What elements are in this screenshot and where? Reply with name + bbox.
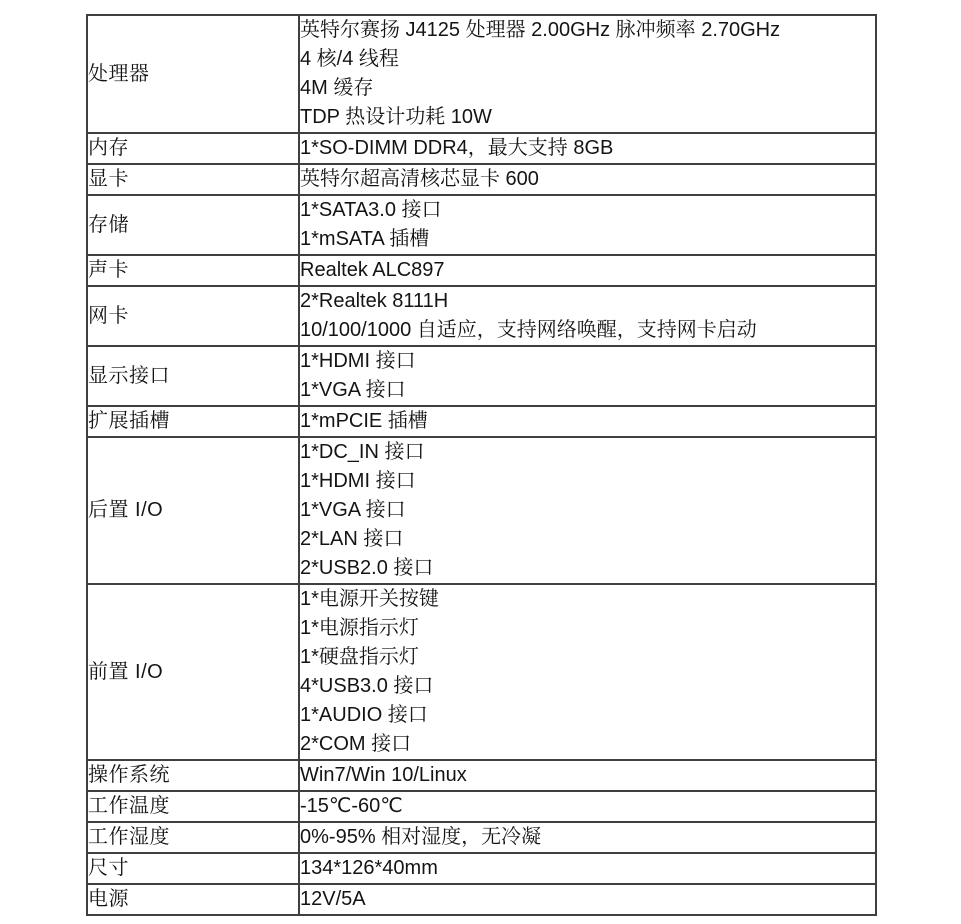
spec-label-cell: 声卡 bbox=[87, 255, 299, 286]
spec-value-line: 4 核/4 线程 bbox=[300, 45, 875, 74]
table-row: 内存 1*SO-DIMM DDR4，最大支持 8GB bbox=[87, 133, 876, 164]
spec-label-cell: 扩展插槽 bbox=[87, 406, 299, 437]
spec-value-line: 2*LAN 接口 bbox=[300, 525, 875, 554]
spec-label-cell: 工作湿度 bbox=[87, 822, 299, 853]
spec-value-cell: 英特尔赛扬 J4125 处理器 2.00GHz 脉冲频率 2.70GHz4 核/… bbox=[299, 15, 876, 133]
spec-label: 尺寸 bbox=[88, 854, 298, 883]
spec-label: 存储 bbox=[88, 211, 298, 240]
spec-label: 操作系统 bbox=[88, 761, 298, 790]
spec-label: 显卡 bbox=[88, 165, 298, 194]
spec-table-body: 处理器 英特尔赛扬 J4125 处理器 2.00GHz 脉冲频率 2.70GHz… bbox=[87, 15, 876, 915]
spec-value-line: 英特尔赛扬 J4125 处理器 2.00GHz 脉冲频率 2.70GHz bbox=[300, 16, 875, 45]
spec-label: 网卡 bbox=[88, 302, 298, 331]
spec-label-cell: 显卡 bbox=[87, 164, 299, 195]
table-row: 显卡 英特尔超高清核芯显卡 600 bbox=[87, 164, 876, 195]
spec-value-line: Win7/Win 10/Linux bbox=[300, 761, 875, 790]
table-row: 处理器 英特尔赛扬 J4125 处理器 2.00GHz 脉冲频率 2.70GHz… bbox=[87, 15, 876, 133]
spec-label-cell: 内存 bbox=[87, 133, 299, 164]
spec-value-line: -15℃-60℃ bbox=[300, 792, 875, 821]
spec-label-cell: 工作温度 bbox=[87, 791, 299, 822]
spec-value-line: 134*126*40mm bbox=[300, 854, 875, 883]
spec-value-line: 1*电源开关按键 bbox=[300, 585, 875, 614]
spec-value-cell: Win7/Win 10/Linux bbox=[299, 760, 876, 791]
spec-value-line: 4*USB3.0 接口 bbox=[300, 672, 875, 701]
spec-label: 内存 bbox=[88, 134, 298, 163]
spec-label: 后置 I/O bbox=[88, 496, 298, 525]
spec-label-cell: 显示接口 bbox=[87, 346, 299, 406]
spec-value-cell: 12V/5A bbox=[299, 884, 876, 915]
spec-value-line: 1*SATA3.0 接口 bbox=[300, 196, 875, 225]
spec-label-cell: 处理器 bbox=[87, 15, 299, 133]
spec-value-line: 1*AUDIO 接口 bbox=[300, 701, 875, 730]
table-row: 存储 1*SATA3.0 接口1*mSATA 插槽 bbox=[87, 195, 876, 255]
spec-label: 工作温度 bbox=[88, 792, 298, 821]
spec-value-line: 1*SO-DIMM DDR4，最大支持 8GB bbox=[300, 134, 875, 163]
spec-label-cell: 操作系统 bbox=[87, 760, 299, 791]
spec-value-cell: -15℃-60℃ bbox=[299, 791, 876, 822]
spec-value-line: 4M 缓存 bbox=[300, 74, 875, 103]
spec-value-cell: 1*mPCIE 插槽 bbox=[299, 406, 876, 437]
spec-value-line: 2*USB2.0 接口 bbox=[300, 554, 875, 583]
spec-value-cell: 1*HDMI 接口1*VGA 接口 bbox=[299, 346, 876, 406]
spec-value-line: 1*VGA 接口 bbox=[300, 496, 875, 525]
spec-table: 处理器 英特尔赛扬 J4125 处理器 2.00GHz 脉冲频率 2.70GHz… bbox=[86, 14, 877, 916]
spec-label-cell: 网卡 bbox=[87, 286, 299, 346]
spec-value-cell: 1*SO-DIMM DDR4，最大支持 8GB bbox=[299, 133, 876, 164]
spec-value-line: 2*COM 接口 bbox=[300, 730, 875, 759]
table-row: 前置 I/O 1*电源开关按键1*电源指示灯1*硬盘指示灯4*USB3.0 接口… bbox=[87, 584, 876, 760]
spec-label: 工作湿度 bbox=[88, 823, 298, 852]
spec-label: 前置 I/O bbox=[88, 658, 298, 687]
spec-value-line: 1*VGA 接口 bbox=[300, 376, 875, 405]
spec-label-cell: 存储 bbox=[87, 195, 299, 255]
spec-label-cell: 前置 I/O bbox=[87, 584, 299, 760]
table-row: 电源 12V/5A bbox=[87, 884, 876, 915]
spec-label-cell: 尺寸 bbox=[87, 853, 299, 884]
spec-label: 声卡 bbox=[88, 256, 298, 285]
table-row: 显示接口 1*HDMI 接口1*VGA 接口 bbox=[87, 346, 876, 406]
table-row: 后置 I/O 1*DC_IN 接口1*HDMI 接口1*VGA 接口2*LAN … bbox=[87, 437, 876, 584]
table-row: 尺寸 134*126*40mm bbox=[87, 853, 876, 884]
spec-value-cell: Realtek ALC897 bbox=[299, 255, 876, 286]
spec-value-line: TDP 热设计功耗 10W bbox=[300, 103, 875, 132]
spec-label: 处理器 bbox=[88, 60, 298, 89]
spec-label-cell: 电源 bbox=[87, 884, 299, 915]
spec-label: 电源 bbox=[88, 885, 298, 914]
spec-value-cell: 1*电源开关按键1*电源指示灯1*硬盘指示灯4*USB3.0 接口1*AUDIO… bbox=[299, 584, 876, 760]
spec-value-line: 1*mSATA 插槽 bbox=[300, 225, 875, 254]
table-row: 声卡 Realtek ALC897 bbox=[87, 255, 876, 286]
table-row: 扩展插槽 1*mPCIE 插槽 bbox=[87, 406, 876, 437]
spec-value-cell: 134*126*40mm bbox=[299, 853, 876, 884]
table-row: 工作湿度 0%-95% 相对湿度，无冷凝 bbox=[87, 822, 876, 853]
spec-label-cell: 后置 I/O bbox=[87, 437, 299, 584]
spec-value-line: 1*HDMI 接口 bbox=[300, 347, 875, 376]
spec-value-line: 12V/5A bbox=[300, 885, 875, 914]
spec-value-line: 2*Realtek 8111H bbox=[300, 287, 875, 316]
spec-label: 扩展插槽 bbox=[88, 407, 298, 436]
spec-value-line: 10/100/1000 自适应，支持网络唤醒，支持网卡启动 bbox=[300, 316, 875, 345]
table-row: 操作系统 Win7/Win 10/Linux bbox=[87, 760, 876, 791]
spec-value-cell: 2*Realtek 8111H10/100/1000 自适应，支持网络唤醒，支持… bbox=[299, 286, 876, 346]
spec-value-cell: 英特尔超高清核芯显卡 600 bbox=[299, 164, 876, 195]
spec-value-cell: 1*SATA3.0 接口1*mSATA 插槽 bbox=[299, 195, 876, 255]
table-row: 网卡 2*Realtek 8111H10/100/1000 自适应，支持网络唤醒… bbox=[87, 286, 876, 346]
table-row: 工作温度 -15℃-60℃ bbox=[87, 791, 876, 822]
spec-value-line: 1*HDMI 接口 bbox=[300, 467, 875, 496]
spec-value-line: Realtek ALC897 bbox=[300, 256, 875, 285]
spec-value-cell: 1*DC_IN 接口1*HDMI 接口1*VGA 接口2*LAN 接口2*USB… bbox=[299, 437, 876, 584]
spec-value-cell: 0%-95% 相对湿度，无冷凝 bbox=[299, 822, 876, 853]
spec-value-line: 英特尔超高清核芯显卡 600 bbox=[300, 165, 875, 194]
spec-value-line: 1*DC_IN 接口 bbox=[300, 438, 875, 467]
spec-label: 显示接口 bbox=[88, 362, 298, 391]
spec-value-line: 1*mPCIE 插槽 bbox=[300, 407, 875, 436]
spec-value-line: 0%-95% 相对湿度，无冷凝 bbox=[300, 823, 875, 852]
spec-value-line: 1*电源指示灯 bbox=[300, 614, 875, 643]
spec-sheet-page: 处理器 英特尔赛扬 J4125 处理器 2.00GHz 脉冲频率 2.70GHz… bbox=[0, 0, 961, 924]
spec-value-line: 1*硬盘指示灯 bbox=[300, 643, 875, 672]
